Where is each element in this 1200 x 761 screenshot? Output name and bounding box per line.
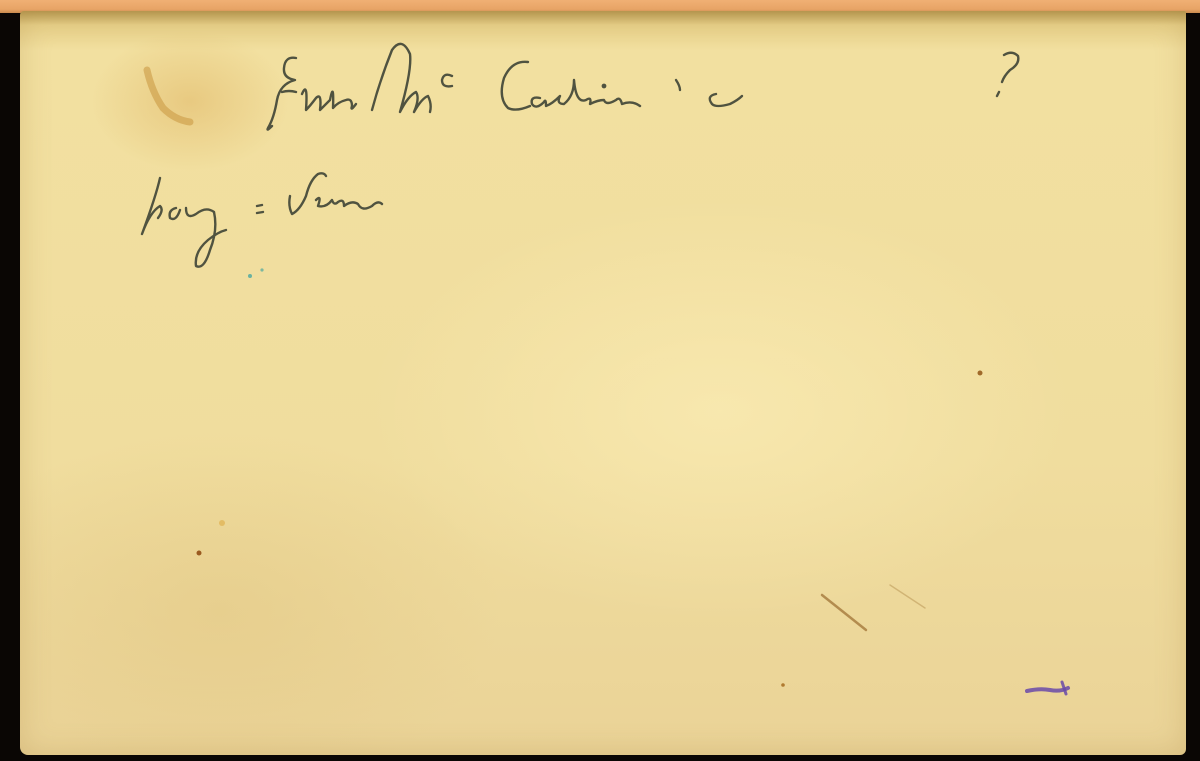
handwriting-layer [0,0,1200,761]
specks [197,268,983,686]
caption-question-mark [997,53,1018,96]
caption-line-1 [268,44,743,130]
stain-top-left [147,70,190,122]
caption-line-2 [142,173,382,266]
purple-stamp-mark [1027,682,1068,694]
scratch-marks [822,585,925,630]
